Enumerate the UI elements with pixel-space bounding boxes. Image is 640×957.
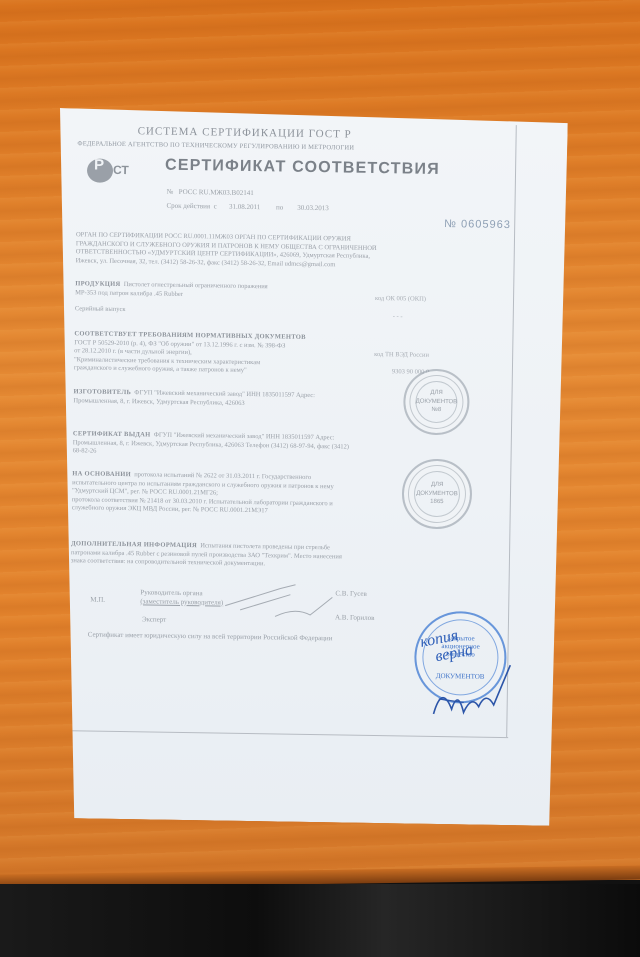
number-label: №: [167, 188, 174, 196]
product-section: ПРОДУКЦИЯ Пистолет огнестрельный огранич…: [75, 280, 515, 320]
validity-from: 31.08.2011: [229, 203, 260, 211]
basis-label: НА ОСНОВАНИИ: [72, 470, 131, 478]
certificate-paper: СИСТЕМА СЕРТИФИКАЦИИ ГОСТ Р ФЕДЕРАЛЬНОЕ …: [49, 108, 568, 826]
expert-name: А.В. Горилов: [335, 613, 375, 622]
certificate-number: РОСС RU.МЖ03.В02141: [179, 188, 254, 197]
stamp-text: ДЛЯ: [430, 389, 442, 398]
issued-line: ФГУП "Ижевский механический завод" ИНН 1…: [154, 432, 335, 442]
frame-line: [68, 730, 508, 738]
serial-label: №: [444, 218, 457, 230]
head-title: Руководитель органа (заместитель руковод…: [140, 588, 223, 606]
certificate-number-row: № РОСС RU.МЖ03.В02141: [167, 188, 254, 198]
serial-value: 0605963: [461, 218, 511, 231]
validity-to: 30.03.2013: [297, 204, 329, 212]
frame-line: [506, 125, 517, 737]
gray-stamp: ДЛЯ ДОКУМЕНТОВ №8: [403, 368, 470, 435]
additional-line: Испытания пистолета проведены при стрель…: [200, 542, 330, 551]
product-label: ПРОДУКЦИЯ: [75, 280, 120, 288]
additional-info-section: ДОПОЛНИТЕЛЬНАЯ ИНФОРМАЦИЯ Испытания пист…: [71, 540, 511, 572]
issued-label: СЕРТИФИКАТ ВЫДАН: [73, 430, 151, 438]
tn-ved-label: код ТН ВЭД России: [374, 351, 429, 360]
certification-body: ОРГАН ПО СЕРТИФИКАЦИИ РОСС RU.0001.11МЖ0…: [76, 231, 516, 272]
stamp-text: ДОКУМЕНТОВ: [416, 489, 458, 498]
certificate-document: СИСТЕМА СЕРТИФИКАЦИИ ГОСТ Р ФЕДЕРАЛЬНОЕ …: [68, 118, 518, 745]
stamp-text: 1865: [430, 498, 443, 507]
manufacturer-line: ФГУП "Ижевский механический завод" ИНН 1…: [134, 389, 315, 399]
handwritten-signature-icon: [423, 654, 514, 725]
certificate-title: СЕРТИФИКАТ СООТВЕТСТВИЯ: [165, 162, 440, 175]
stamp-place-label: М.П.: [90, 596, 105, 605]
serial-number: № 0605963: [444, 220, 511, 230]
issued-section: СЕРТИФИКАТ ВЫДАН ФГУП "Ижевский механиче…: [73, 430, 513, 462]
stamp-text: ДОКУМЕНТОВ: [416, 397, 458, 406]
validity-from-label: с: [214, 202, 217, 210]
stamp-text: ДЛЯ: [431, 481, 443, 490]
okp-code: код ОК 005 (ОКП): [375, 295, 426, 304]
okp-dash: - - -: [393, 313, 403, 322]
dark-floor: [0, 884, 640, 957]
signature-icon: [220, 576, 341, 628]
validity-label: Срок действия: [166, 202, 210, 211]
agency-name: ФЕДЕРАЛЬНОЕ АГЕНТСТВО ПО ТЕХНИЧЕСКОМУ РЕ…: [77, 140, 517, 155]
validity-row: Срок действия с 31.08.2011 по 30.03.2013: [166, 202, 328, 213]
manufacturer-label: ИЗГОТОВИТЕЛЬ: [73, 388, 131, 396]
product-line: Пистолет огнестрельный ограниченного пор…: [124, 281, 268, 290]
additional-info-label: ДОПОЛНИТЕЛЬНАЯ ИНФОРМАЦИЯ: [71, 540, 197, 549]
validity-to-label: по: [276, 203, 283, 211]
basis-line: протокола испытаний № 2622 от 31.03.2011…: [134, 471, 311, 481]
expert-title: Эксперт: [142, 615, 166, 624]
system-title: СИСТЕМА СЕРТИФИКАЦИИ ГОСТ Р: [138, 127, 352, 139]
gost-logo-icon: РСТ: [87, 158, 125, 185]
head-title-line: (заместитель руководителя): [140, 597, 223, 607]
stamp-text: №8: [431, 406, 441, 415]
product-note: Серийный выпуск: [75, 305, 515, 320]
